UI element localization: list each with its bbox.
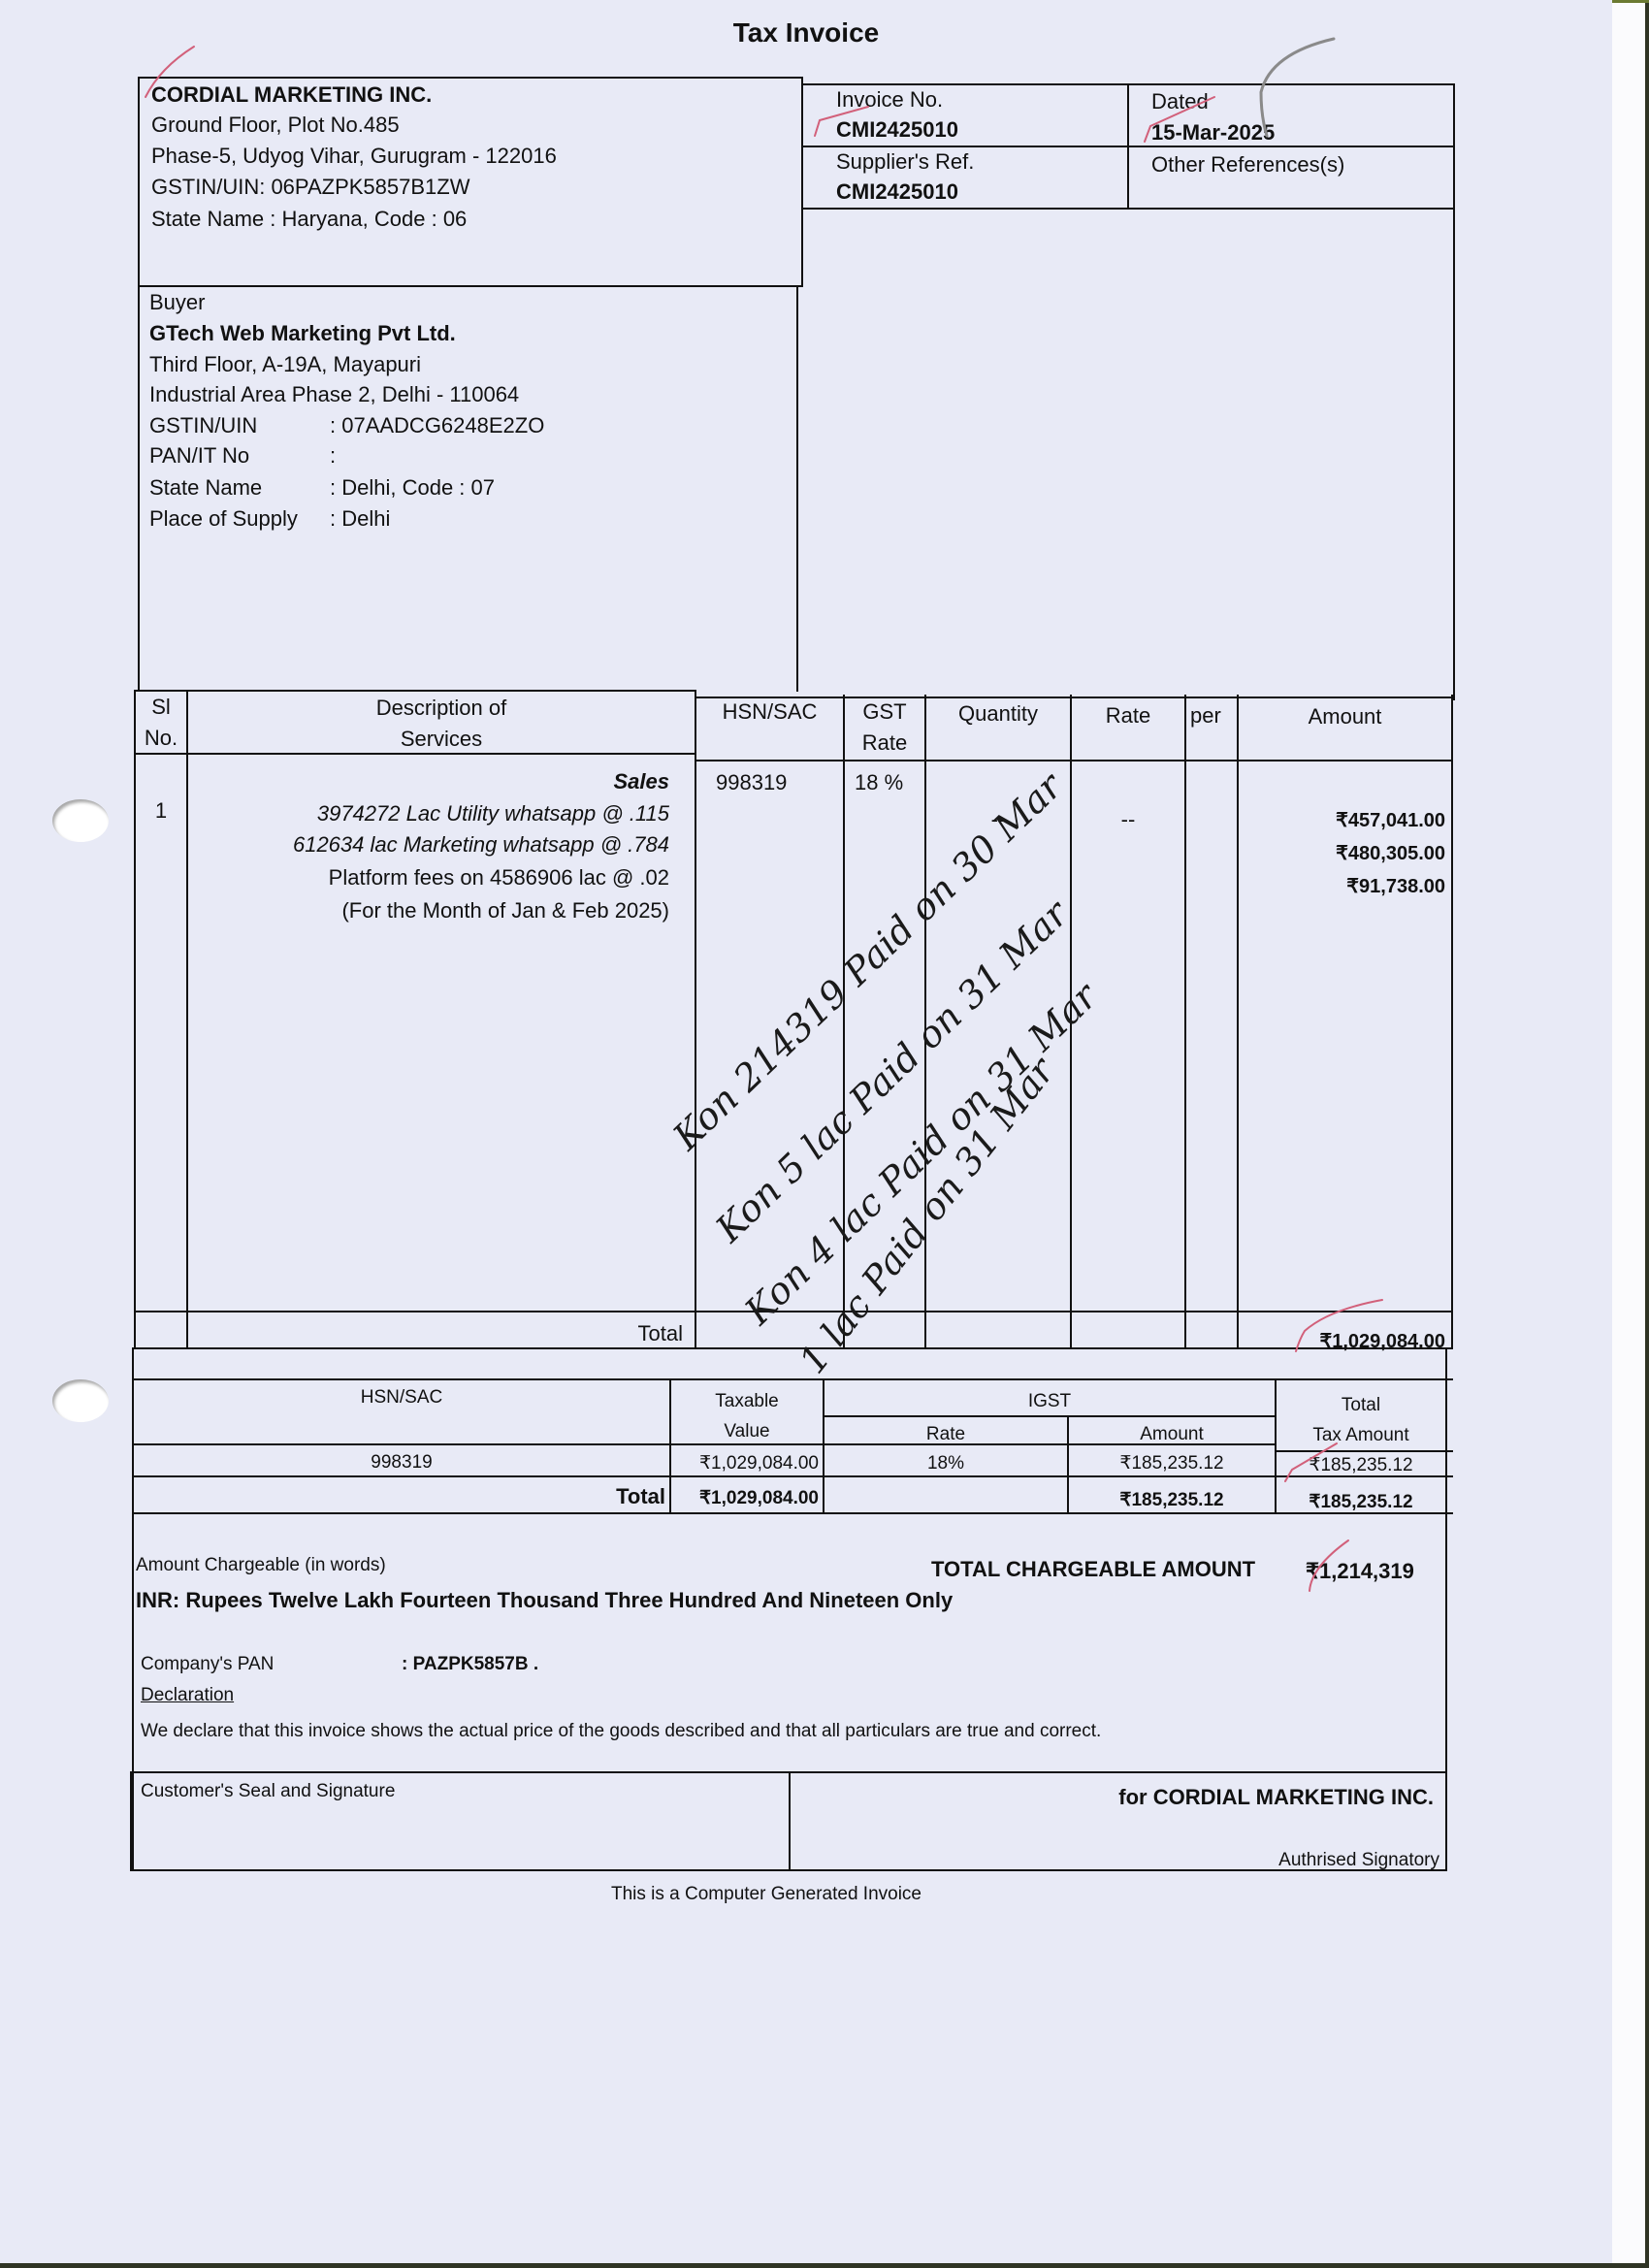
place-of-supply-label: Place of Supply bbox=[149, 506, 298, 532]
tax-total-taxable: ₹1,029,084.00 bbox=[671, 1486, 819, 1511]
divider bbox=[823, 1415, 1277, 1417]
amount-words-label: Amount Chargeable (in words) bbox=[136, 1553, 386, 1578]
divider bbox=[801, 77, 803, 285]
item-amount: ₹91,738.00 bbox=[1239, 874, 1445, 899]
paper-edge bbox=[1612, 3, 1645, 2263]
tax-col-header-total-line1: Total bbox=[1277, 1393, 1445, 1418]
divider bbox=[134, 753, 696, 755]
divider bbox=[1451, 695, 1453, 1349]
divider bbox=[695, 690, 696, 1349]
items-total-amount: ₹1,029,084.00 bbox=[1239, 1329, 1445, 1354]
buyer-gstin-value: : 07AADCG6248E2ZO bbox=[330, 413, 544, 438]
col-header-sl-line2: No. bbox=[134, 726, 188, 751]
amount-in-words: INR: Rupees Twelve Lakh Fourteen Thousan… bbox=[136, 1588, 953, 1613]
divider bbox=[1275, 1450, 1453, 1452]
col-header-rate: Rate bbox=[1072, 703, 1184, 729]
item-desc-line: Platform fees on 4586906 lac @ .02 bbox=[188, 865, 669, 891]
supplier-ref-label: Supplier's Ref. bbox=[836, 149, 974, 175]
divider bbox=[134, 690, 136, 1349]
item-heading: Sales bbox=[188, 769, 669, 794]
tax-col-header-taxable: Taxable Value bbox=[671, 1389, 823, 1444]
col-header-desc-line2: Services bbox=[188, 727, 695, 752]
divider bbox=[801, 208, 1455, 210]
buyer-address-line2: Industrial Area Phase 2, Delhi - 110064 bbox=[149, 382, 519, 407]
item-hsn: 998319 bbox=[716, 770, 787, 795]
divider bbox=[130, 1771, 132, 1871]
item-amount: ₹457,041.00 bbox=[1239, 808, 1445, 833]
divider bbox=[1445, 1347, 1447, 1871]
col-header-gst-line2: Rate bbox=[845, 730, 924, 756]
buyer-gstin-label: GSTIN/UIN bbox=[149, 413, 257, 438]
seller-address-line1: Ground Floor, Plot No.485 bbox=[151, 113, 400, 138]
col-header-hsn: HSN/SAC bbox=[696, 699, 843, 725]
other-references-label: Other References(s) bbox=[1151, 152, 1344, 178]
computer-generated-note: This is a Computer Generated Invoice bbox=[0, 1882, 1533, 1907]
tax-col-header-igst-amount: Amount bbox=[1069, 1422, 1275, 1447]
for-company-label: for CORDIAL MARKETING INC. bbox=[795, 1785, 1434, 1810]
tax-col-header-total-line2: Tax Amount bbox=[1277, 1423, 1445, 1448]
divider bbox=[796, 285, 798, 692]
col-header-description: Description of Services bbox=[188, 696, 695, 752]
tax-row-hsn: 998319 bbox=[134, 1450, 669, 1475]
tax-row-amount: ₹185,235.12 bbox=[1069, 1451, 1275, 1476]
buyer-address-line1: Third Floor, A-19A, Mayapuri bbox=[149, 352, 421, 377]
invoice-no-label: Invoice No. bbox=[836, 87, 943, 113]
tax-row-total-tax: ₹185,235.12 bbox=[1277, 1453, 1445, 1478]
punch-hole-icon bbox=[52, 1379, 109, 1422]
dated-label: Dated bbox=[1151, 89, 1209, 114]
tax-col-header-igst-rate: Rate bbox=[824, 1422, 1067, 1447]
tax-col-header-taxable-line1: Taxable bbox=[671, 1389, 823, 1414]
item-desc-line: (For the Month of Jan & Feb 2025) bbox=[188, 898, 669, 923]
items-total-label: Total bbox=[188, 1321, 683, 1346]
buyer-name: GTech Web Marketing Pvt Ltd. bbox=[149, 321, 456, 346]
divider bbox=[134, 690, 696, 692]
divider bbox=[789, 1771, 791, 1871]
divider bbox=[695, 697, 1453, 698]
buyer-state-value: : Delhi, Code : 07 bbox=[330, 475, 495, 501]
divider bbox=[1184, 695, 1186, 1349]
divider bbox=[138, 77, 140, 692]
invoice-no: CMI2425010 bbox=[836, 117, 958, 143]
divider bbox=[138, 285, 803, 287]
buyer-pan-value: : bbox=[330, 443, 336, 469]
tax-total-label: Total bbox=[134, 1484, 665, 1509]
seller-address-line2: Phase-5, Udyog Vihar, Gurugram - 122016 bbox=[151, 144, 557, 169]
tax-col-header-taxable-line2: Value bbox=[671, 1419, 823, 1444]
supplier-ref: CMI2425010 bbox=[836, 179, 958, 205]
divider bbox=[1453, 83, 1455, 700]
buyer-pan-label: PAN/IT No bbox=[149, 443, 249, 469]
item-rate: -- bbox=[1072, 807, 1184, 832]
tax-total-total-tax: ₹185,235.12 bbox=[1277, 1490, 1445, 1515]
col-header-amount: Amount bbox=[1239, 704, 1451, 729]
tax-col-header-hsn: HSN/SAC bbox=[134, 1385, 669, 1410]
buyer-label: Buyer bbox=[149, 290, 205, 315]
seller-gstin: GSTIN/UIN: 06PAZPK5857B1ZW bbox=[151, 175, 469, 200]
declaration-text: We declare that this invoice shows the a… bbox=[141, 1719, 1101, 1744]
item-sl: 1 bbox=[134, 798, 188, 824]
declaration-label: Declaration bbox=[141, 1683, 234, 1708]
tax-col-header-total-tax: Total Tax Amount bbox=[1277, 1393, 1445, 1448]
divider bbox=[134, 1311, 1453, 1312]
col-header-quantity: Quantity bbox=[926, 701, 1070, 727]
tax-row-taxable-value: ₹1,029,084.00 bbox=[671, 1451, 819, 1476]
col-header-gst-line1: GST bbox=[845, 699, 924, 725]
tax-col-header-igst: IGST bbox=[824, 1389, 1275, 1414]
company-pan-value: : PAZPK5857B . bbox=[402, 1652, 538, 1677]
seller-state: State Name : Haryana, Code : 06 bbox=[151, 207, 467, 232]
invoice-page: Tax Invoice CORDIAL MARKETING INC. Groun… bbox=[0, 0, 1612, 2263]
item-desc-line: 612634 lac Marketing whatsapp @ .784 bbox=[188, 832, 669, 858]
item-amount: ₹480,305.00 bbox=[1239, 841, 1445, 866]
place-of-supply-value: : Delhi bbox=[330, 506, 390, 532]
col-header-sl-line1: Sl bbox=[134, 695, 188, 720]
authorised-signatory-label: Authrised Signatory bbox=[795, 1848, 1439, 1873]
item-desc-line: 3974272 Lac Utility whatsapp @ .115 bbox=[188, 801, 669, 826]
item-gst-rate: 18 % bbox=[855, 770, 903, 795]
col-header-desc-line1: Description of bbox=[188, 696, 695, 721]
divider bbox=[132, 1378, 1453, 1380]
tax-total-amount: ₹185,235.12 bbox=[1069, 1488, 1275, 1513]
divider bbox=[138, 77, 803, 79]
buyer-state-label: State Name bbox=[149, 475, 262, 501]
col-header-sl: Sl No. bbox=[134, 695, 188, 751]
col-header-gst-rate: GST Rate bbox=[845, 699, 924, 756]
total-chargeable-value: ₹1,214,319 bbox=[1306, 1559, 1414, 1584]
total-chargeable-label: TOTAL CHARGEABLE AMOUNT bbox=[931, 1557, 1255, 1582]
divider bbox=[1237, 695, 1239, 1349]
divider bbox=[695, 760, 1453, 761]
tax-row-rate: 18% bbox=[824, 1451, 1067, 1476]
customer-seal-label: Customer's Seal and Signature bbox=[141, 1779, 395, 1804]
punch-hole-icon bbox=[52, 799, 109, 842]
company-pan-label: Company's PAN bbox=[141, 1652, 274, 1677]
document-title: Tax Invoice bbox=[0, 17, 1612, 49]
seller-name: CORDIAL MARKETING INC. bbox=[151, 82, 432, 108]
divider bbox=[801, 146, 1455, 147]
col-header-per: per bbox=[1190, 703, 1221, 729]
invoice-date: 15-Mar-2025 bbox=[1151, 120, 1275, 146]
divider bbox=[132, 1347, 134, 1871]
